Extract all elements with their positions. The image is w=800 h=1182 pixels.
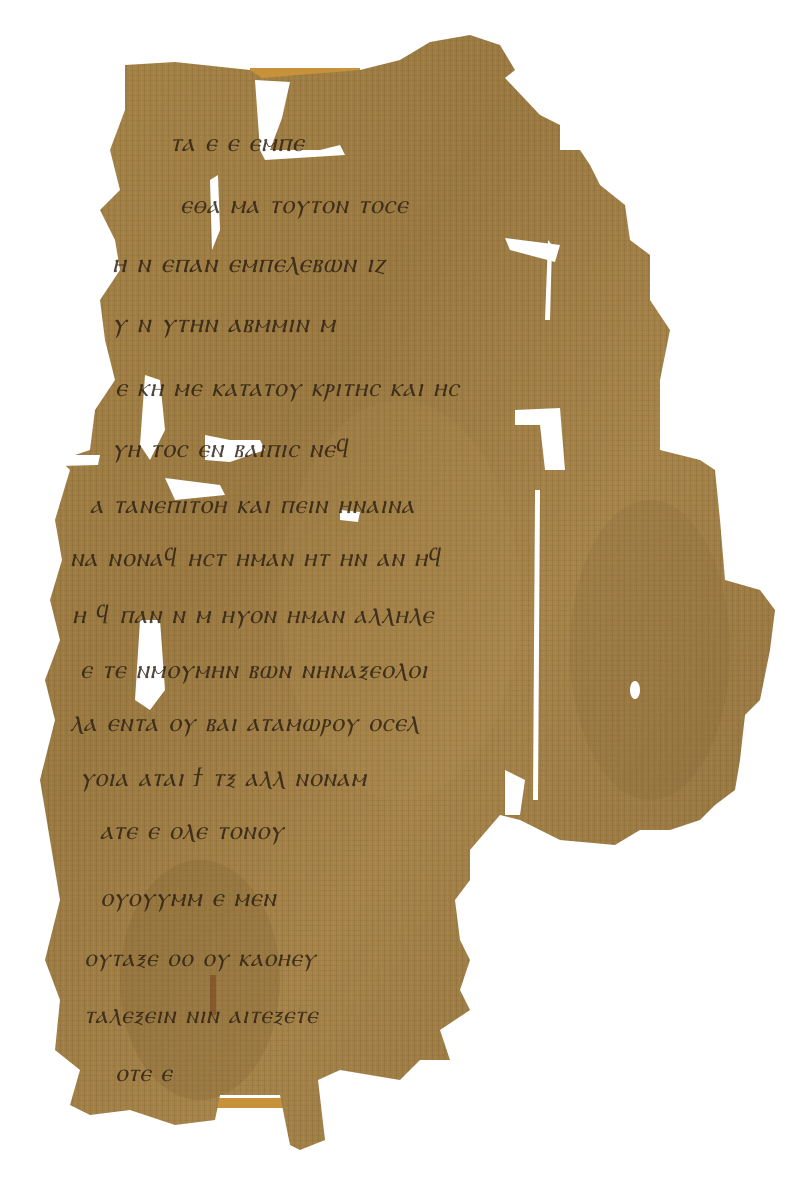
text-line: ⲩ ⲛ ⲩⲧⲏⲛ ⲁⲃⲙⲙⲓⲛ ⲙ [112,308,336,340]
text-line: ⲏ ϥ ⲡⲁⲛ ⲛ ⲙ ⲏⲩⲟⲛ ⲏⲙⲁⲛ ⲁⲗⲗⲏⲗⲉ [72,600,434,631]
text-line: ⲟⲧⲉ ⲉ [115,1058,172,1088]
text-line: ⲧⲁⲗⲉⲝⲉⲓⲛ ⲛⲓⲛ ⲁⲓⲧⲉⲝⲉⲧⲉ [84,1000,318,1030]
text-line: ⲩⲟⲓⲁ ⲁⲧⲁⲓ ϯ ⲧⲝ ⲁⲗⲗ ⲛⲟⲛⲁⲙ [80,763,367,794]
text-line: ⲉⲑⲁ ⲙⲁ ⲧⲟⲩⲧⲟⲛ ⲧⲟⲥⲉ [180,190,408,221]
text-line: ⲉ ⲧⲉ ⲛⲙⲟⲩⲙⲏⲛ ⲃⲱⲛ ⲛⲏⲛⲁⲝⲉⲟⲗⲟⲓ [80,655,428,686]
text-line: ⲁⲧⲉ ⲉ ⲟⲗⲉ ⲧⲟⲛⲟⲩ [100,816,284,847]
text-line: ⲧⲁ ⲉ ⲉ ⲉⲙⲡⲉ [170,128,304,159]
text-line: ⲉ ⲕⲏ ⲙⲉ ⲕⲁⲧⲁⲧⲟⲩ ⲕⲣⲓⲧⲏⲥ ⲕⲁⲓ ⲏⲥ [115,373,460,404]
papyrus-photograph: ⲧⲁ ⲉ ⲉ ⲉⲙⲡⲉ ⲉⲑⲁ ⲙⲁ ⲧⲟⲩⲧⲟⲛ ⲧⲟⲥⲉ ⲏ ⲛ ⲉⲡⲁⲛ … [0,0,800,1182]
text-line: ⲗⲁ ⲉⲛⲧⲁ ⲟⲩ ⲃⲁⲓ ⲁⲧⲁⲙⲱⲣⲟⲩ ⲟⲥⲉⲗ [70,708,419,739]
text-line: ⲟⲩⲟⲩⲩⲙⲙ ⲉ ⲙⲉⲛ [100,883,276,914]
text-line: ⲩⲏ ⲧⲟⲥ ⲉⲛ ⲃⲁⲓⲡⲓⲥ ⲛⲉϥ [112,434,350,465]
text-line: ⲁ ⲧⲁⲛⲉⲡⲓⲧⲟⲏ ⲕⲁⲓ ⲡⲉⲓⲛ ⲏⲛⲁⲓⲛⲁ [90,490,415,521]
text-line: ⲏ ⲛ ⲉⲡⲁⲛ ⲉⲙⲡⲉⲗⲉⲃⲱⲛ ⲓⲍ [112,248,386,280]
text-line: ⲛⲁ ⲛⲟⲛⲁϥ ⲏⲥⲧ ⲏⲙⲁⲛ ⲏⲧ ⲏⲛ ⲁⲛ ⲏϥ [70,543,443,574]
text-line: ⲟⲩⲧⲁⲝⲉ ⲟⲟ ⲟⲩ ⲕⲁⲟⲏⲉⲩ [84,943,316,973]
